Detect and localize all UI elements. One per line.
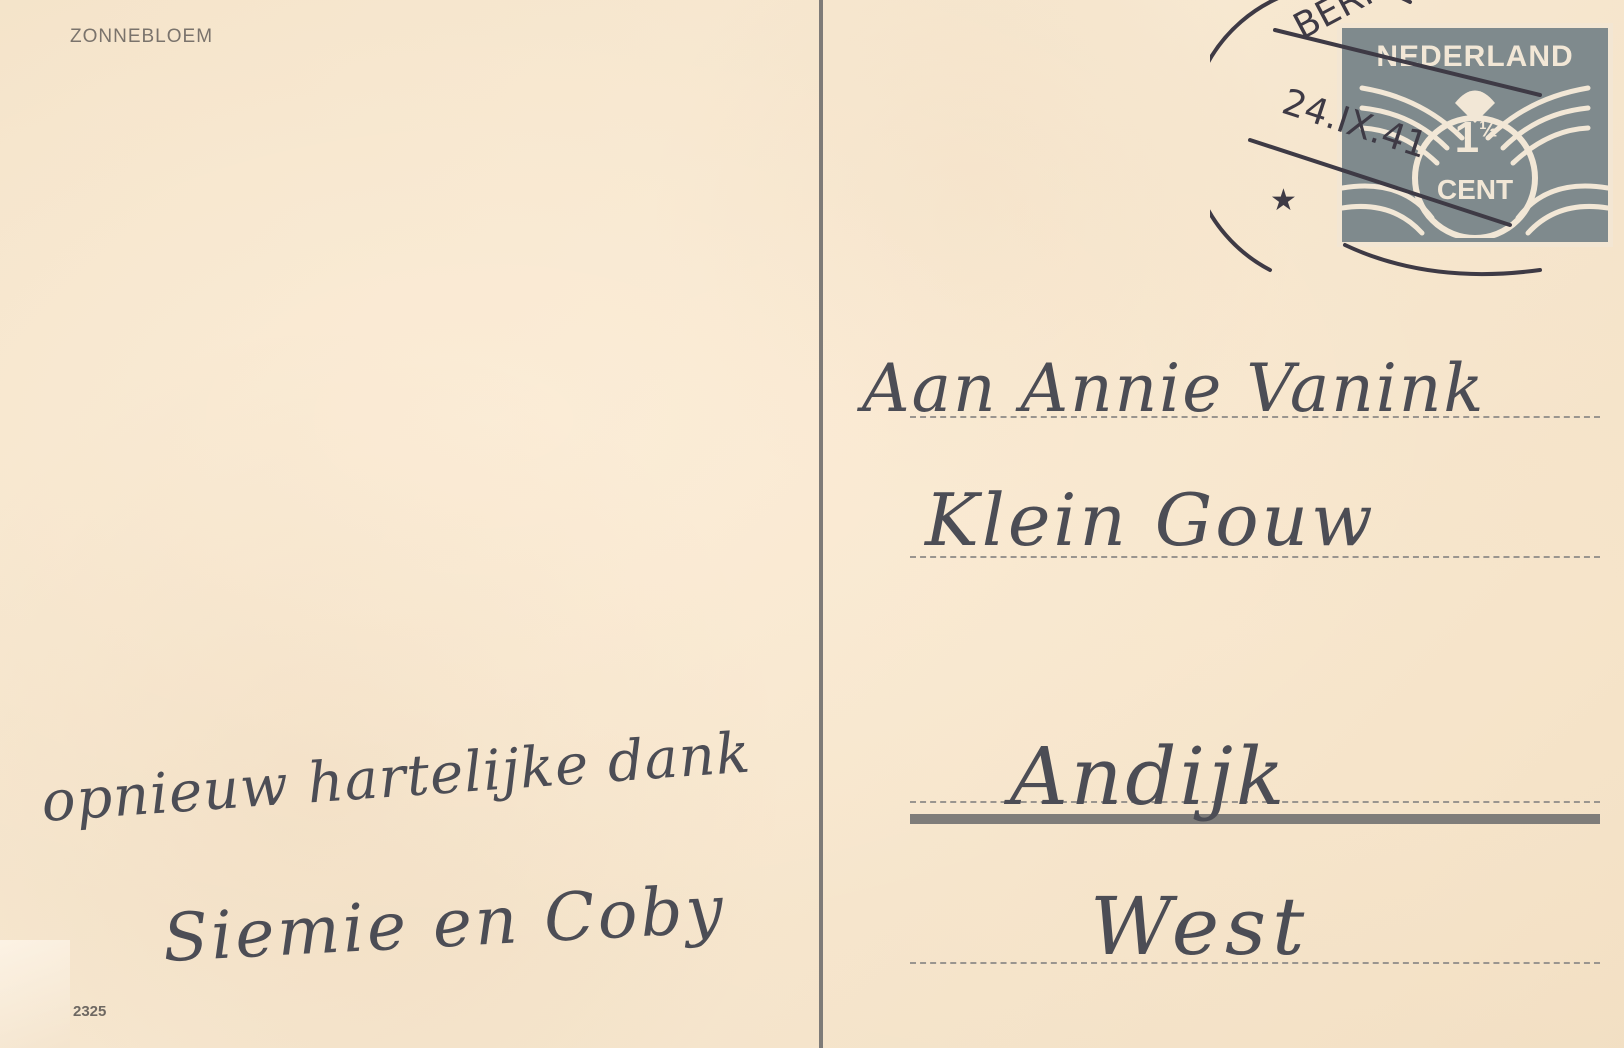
message-signature: Siemie en Coby xyxy=(161,871,728,977)
address-region: West xyxy=(1090,880,1310,973)
postcard-back: ZONNEBLOEM opnieuw hartelijke dank Siemi… xyxy=(0,0,1624,1048)
address-street: Klein Gouw xyxy=(925,478,1376,562)
address-town: Andijk xyxy=(1010,730,1287,823)
postage-stamp: NEDERLAND 1½ CENT xyxy=(1342,28,1608,242)
serial-number: 2325 xyxy=(73,1003,106,1020)
message-line-1: opnieuw hartelijke dank xyxy=(39,721,752,835)
svg-text:★: ★ xyxy=(1270,183,1297,218)
torn-corner xyxy=(0,940,70,1048)
stamp-value: 1½ xyxy=(1436,116,1516,160)
center-divider-line xyxy=(819,0,823,1048)
address-recipient: Aan Annie Vanink xyxy=(862,350,1485,427)
stamp-unit: CENT xyxy=(1412,174,1538,206)
star-icon: ★ xyxy=(1270,183,1297,218)
publisher-imprint: ZONNEBLOEM xyxy=(70,26,213,48)
